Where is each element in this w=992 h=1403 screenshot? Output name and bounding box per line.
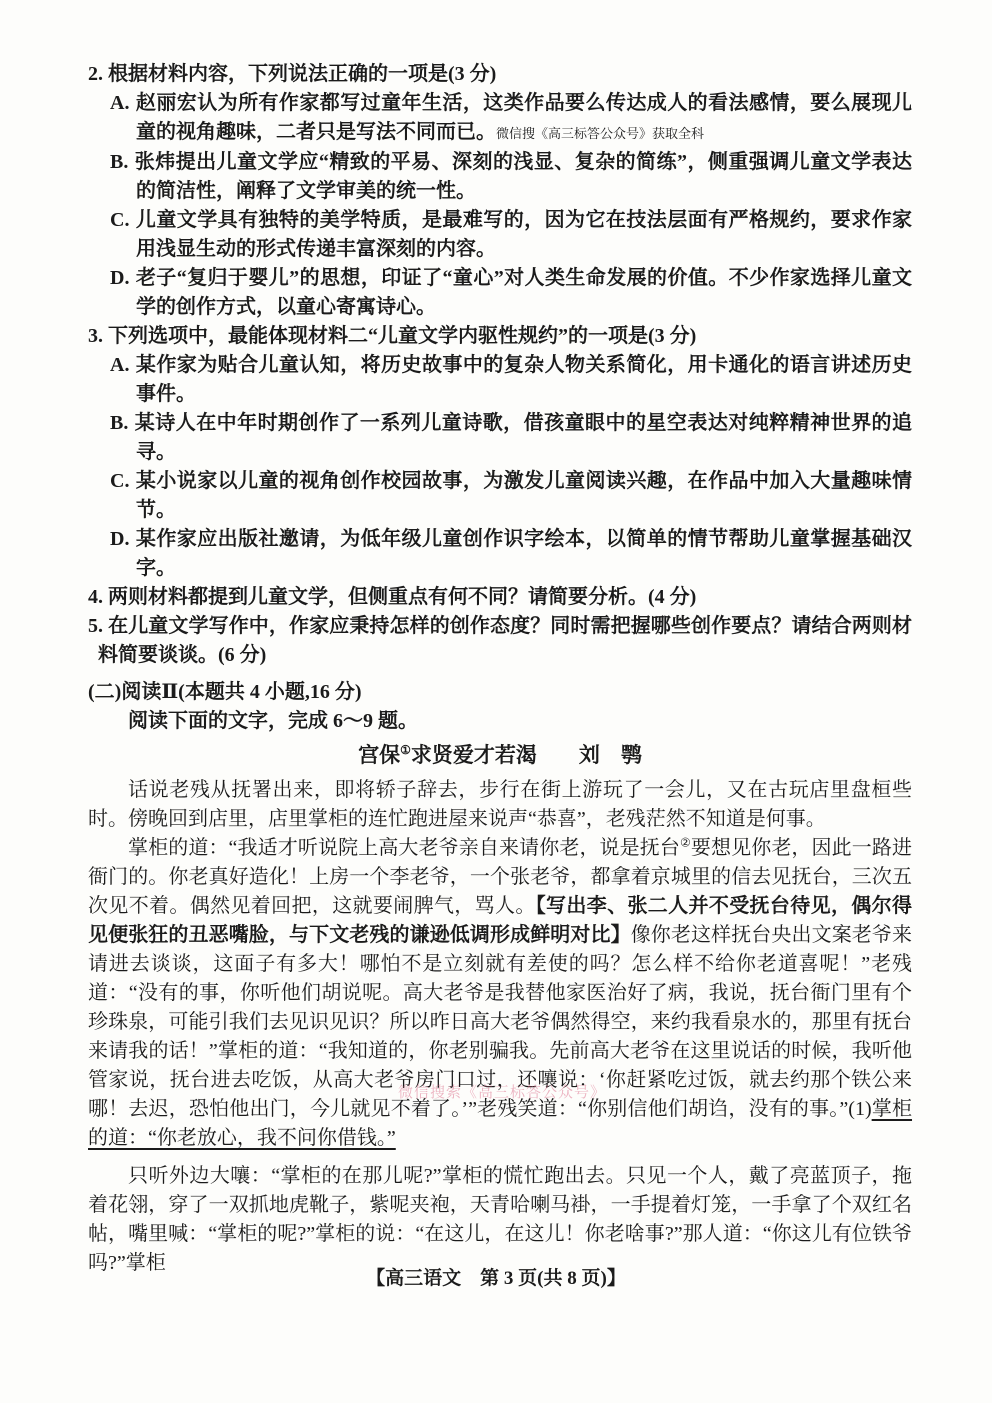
page-footer: 【高三语文 第 3 页(共 8 页)】 (0, 1263, 992, 1290)
question-3-option-c: C.某小说家以儿童的视角创作校园故事，为激发儿童阅读兴趣，在作品中加入大量趣味情… (88, 467, 912, 525)
question-2-option-d: D.老子“复归于婴儿”的思想，印证了“童心”对人类生命发展的价值。不少作家选择儿… (88, 264, 912, 322)
passage-paragraph-2: 掌柜的道：“我适才听说院上高大老爷亲自来请你老，说是抚台②要想见你老，因此一路进… (88, 834, 912, 1153)
option-text: 儿童文学具有独特的美学特质，是最难写的，因为它在技法层面有严格规约，要求作家用浅… (135, 209, 912, 260)
option-label: C. (110, 209, 129, 231)
page-content: 2. 根据材料内容，下列说法正确的一项是(3 分) A.赵丽宏认为所有作家都写过… (88, 60, 912, 1278)
question-number: 3. (88, 325, 103, 347)
question-3-stem: 3. 下列选项中，最能体现材料二“儿童文学内驱性规约”的一项是(3 分) (88, 322, 912, 351)
question-3: 3. 下列选项中，最能体现材料二“儿童文学内驱性规约”的一项是(3 分) A.某… (88, 322, 912, 583)
question-2: 2. 根据材料内容，下列说法正确的一项是(3 分) A.赵丽宏认为所有作家都写过… (88, 60, 912, 322)
question-stem-text: 下列选项中，最能体现材料二“儿童文学内驱性规约”的一项是(3 分) (108, 325, 696, 347)
question-2-stem: 2. 根据材料内容，下列说法正确的一项是(3 分) (88, 60, 912, 89)
reading-passage: 话说老残从抚署出来，即将轿子辞去，步行在街上游玩了一会儿，又在古玩店里盘桓些时。… (88, 776, 912, 1278)
passage-title-main: 宫保 (358, 743, 400, 767)
question-stem-text: 在儿童文学写作中，作家应秉持怎样的创作态度？同时需把握哪些创作要点？请结合两则材… (98, 615, 912, 666)
question-5-stem: 5. 在儿童文学写作中，作家应秉持怎样的创作态度？同时需把握哪些创作要点？请结合… (88, 612, 912, 670)
option-text: 张炜提出儿童文学应“精致的平易、深刻的浅显、复杂的简练”，侧重强调儿童文学表达的… (134, 151, 912, 202)
question-2-option-c: C.儿童文学具有独特的美学特质，是最难写的，因为它在技法层面有严格规约，要求作家… (88, 206, 912, 264)
passage-title-rest: 求贤爱才若渴 (411, 743, 537, 767)
question-number: 4. (88, 586, 103, 608)
passage-author: 刘 鹗 (579, 743, 642, 767)
question-stem-text: 两则材料都提到儿童文学，但侧重点有何不同？请简要分析。(4 分) (108, 586, 696, 608)
question-2-option-b: B.张炜提出儿童文学应“精致的平易、深刻的浅显、复杂的简练”，侧重强调儿童文学表… (88, 148, 912, 206)
exam-page: 2. 根据材料内容，下列说法正确的一项是(3 分) A.赵丽宏认为所有作家都写过… (0, 0, 992, 1403)
question-3-option-b: B.某诗人在中年时期创作了一系列儿童诗歌，借孩童眼中的星空表达对纯粹精神世界的追… (88, 409, 912, 467)
option-label: D. (110, 267, 129, 289)
option-text: 某作家为贴合儿童认知，将历史故事中的复杂人物关系简化，用卡通化的语言讲述历史事件… (135, 354, 912, 405)
option-label: C. (110, 470, 129, 492)
footnote-ref-2: ② (680, 835, 691, 849)
question-section: 2. 根据材料内容，下列说法正确的一项是(3 分) A.赵丽宏认为所有作家都写过… (88, 60, 912, 670)
option-label: B. (110, 151, 128, 173)
option-text: 某小说家以儿童的视角创作校园故事，为激发儿童阅读兴趣，在作品中加入大量趣味情节。 (135, 470, 912, 521)
reading-instruction: 阅读下面的文字，完成 6～9 题。 (88, 707, 912, 736)
option-text: 某诗人在中年时期创作了一系列儿童诗歌，借孩童眼中的星空表达对纯粹精神世界的追寻。 (134, 412, 912, 463)
passage-paragraph-3: 只听外边大嚷：“掌柜的在那儿呢?”掌柜的慌忙跑出去。只见一个人，戴了亮蓝顶子，拖… (88, 1162, 912, 1278)
footnote-ref-1: ① (400, 743, 411, 757)
wechat-ad-note: 微信搜《高三标答公众号》获取全科 (496, 126, 704, 141)
section-2-heading: (二)阅读Ⅱ(本题共 4 小题,16 分) (88, 678, 912, 707)
question-3-option-d: D.某作家应出版社邀请，为低年级儿童创作识字绘本，以简单的情节帮助儿童掌握基础汉… (88, 525, 912, 583)
question-2-option-a: A.赵丽宏认为所有作家都写过童年生活，这类作品要么传达成人的看法感情，要么展现儿… (88, 89, 912, 148)
option-text: 某作家应出版社邀请，为低年级儿童创作识字绘本，以简单的情节帮助儿童掌握基础汉字。 (135, 528, 912, 579)
option-label: A. (110, 354, 129, 376)
question-stem-text: 根据材料内容，下列说法正确的一项是(3 分) (108, 63, 496, 85)
passage-paragraph-1: 话说老残从抚署出来，即将轿子辞去，步行在街上游玩了一会儿，又在古玩店里盘桓些时。… (88, 776, 912, 834)
question-number: 2. (88, 63, 103, 85)
paragraph-2-text-1: 掌柜的道：“我适才听说院上高大老爷亲自来请你老，说是抚台 (128, 837, 680, 859)
option-label: D. (110, 528, 129, 550)
question-3-option-a: A.某作家为贴合儿童认知，将历史故事中的复杂人物关系简化，用卡通化的语言讲述历史… (88, 351, 912, 409)
option-text: 老子“复归于婴儿”的思想，印证了“童心”对人类生命发展的价值。不少作家选择儿童文… (135, 267, 912, 318)
paragraph-2-text-3: 像你老这样抚台央出文案老爷来请进去谈谈，这面子有多大！哪怕不是立刻就有差使的吗？… (88, 924, 912, 1120)
option-label: B. (110, 412, 128, 434)
option-label: A. (110, 92, 129, 114)
question-4-stem: 4. 两则材料都提到儿童文学，但侧重点有何不同？请简要分析。(4 分) (88, 583, 912, 612)
passage-title: 宫保①求贤爱才若渴刘 鹗 (88, 741, 912, 770)
question-number: 5. (88, 615, 103, 637)
